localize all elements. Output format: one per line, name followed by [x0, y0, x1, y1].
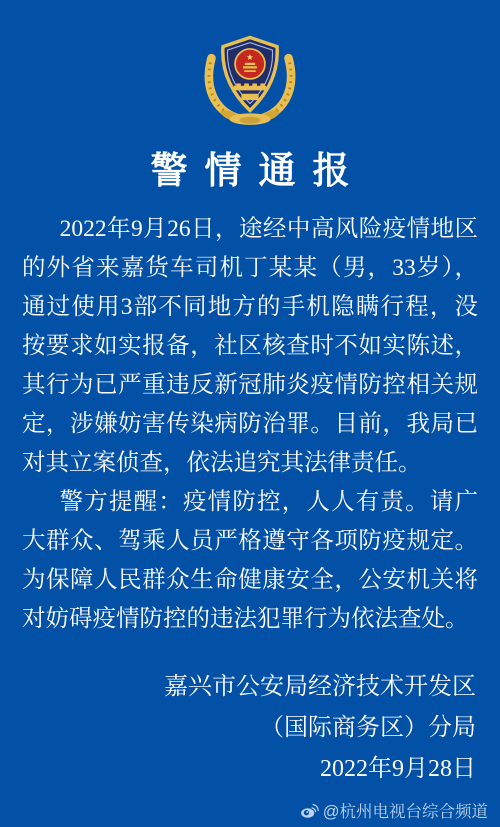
- signature-date: 2022年9月28日: [0, 749, 476, 790]
- notice-title: 警情通报: [0, 140, 500, 194]
- weibo-icon: [300, 801, 319, 820]
- police-notice-page: ★ 警情通报 2022年9月26日，途经中高风险疫情地区的外省来嘉货车司机丁某某…: [0, 0, 500, 827]
- notice-paragraph-2: 警方提醒：疫情防控，人人有责。请广大群众、驾乘人员严格遵守各项防疫规定。为保障人…: [22, 483, 478, 639]
- signature-block: 嘉兴市公安局经济技术开发区 （国际商务区）分局 2022年9月28日: [0, 667, 500, 790]
- notice-body: 2022年9月26日，途经中高风险疫情地区的外省来嘉货车司机丁某某（男，33岁）…: [0, 210, 500, 639]
- signature-org-line2: （国际商务区）分局: [0, 708, 476, 749]
- svg-text:★: ★: [246, 52, 254, 62]
- watermark: @杭州电视台综合频道: [300, 798, 488, 822]
- police-emblem-icon: ★: [191, 34, 309, 126]
- watermark-text: @杭州电视台综合频道: [323, 798, 488, 822]
- notice-paragraph-1: 2022年9月26日，途经中高风险疫情地区的外省来嘉货车司机丁某某（男，33岁）…: [22, 210, 478, 483]
- signature-org-line1: 嘉兴市公安局经济技术开发区: [0, 667, 476, 708]
